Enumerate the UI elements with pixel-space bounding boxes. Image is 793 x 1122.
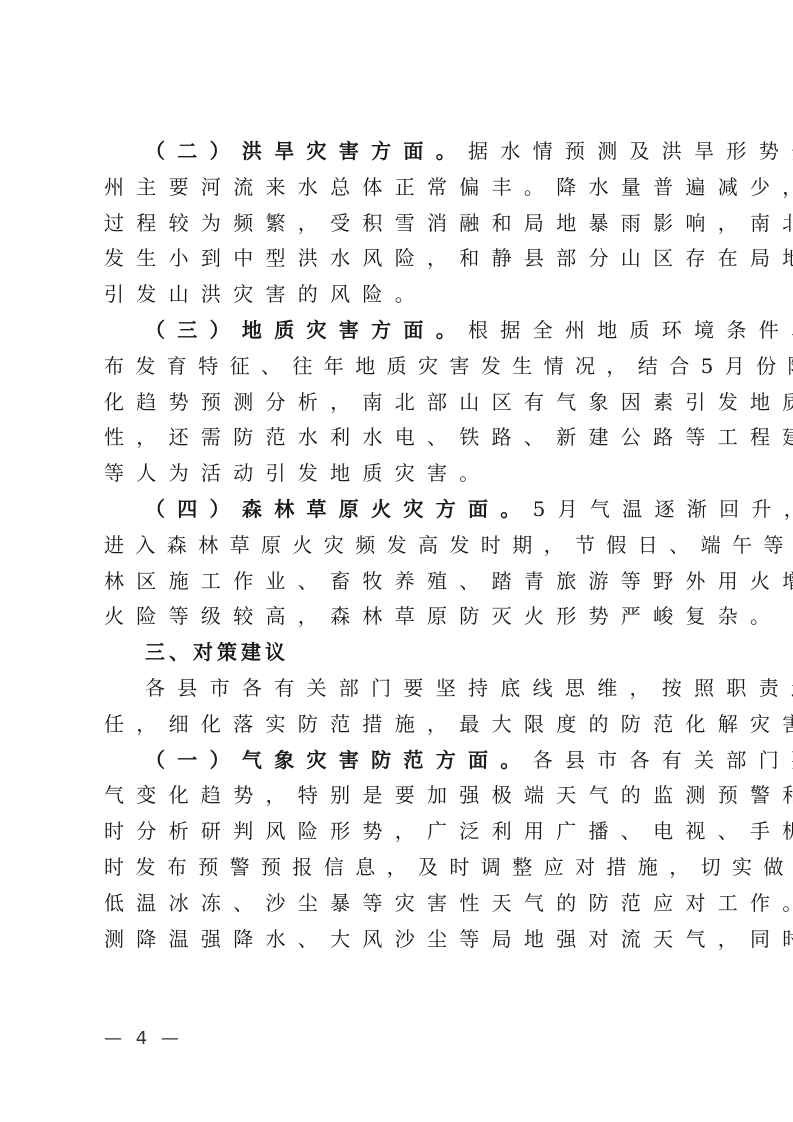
paragraph-forest-fire-line-1: （四）森林草原火灾方面。5月气温逐渐回升，天高物燥， — [104, 492, 692, 528]
paragraph-flood-drought-line-1: （二）洪旱灾害方面。据水情预测及洪旱形势分析，预计巴 — [104, 134, 692, 170]
document-page: （二）洪旱灾害方面。据水情预测及洪旱形势分析，预计巴 州主要河流来水总体正常偏丰… — [104, 134, 692, 957]
paragraph-line: 时发布预警预报信息，及时调整应对措施，切实做好大风、雨雪、 — [104, 850, 692, 886]
paragraph-line: 时分析研判风险形势，广泛利用广播、电视、手机等多种方式及 — [104, 814, 692, 850]
paragraph-line: 测降温强降水、大风沙尘等局地强对流天气，同时注意防范局地 — [104, 922, 692, 958]
section-heading: 三、对策建议 — [104, 635, 692, 671]
paragraph-line: 性，还需防范水利水电、铁路、新建公路等工程建设和矿山开采 — [104, 420, 692, 456]
paragraph-geological-line-1: （三）地质灾害方面。根据全州地质环境条件、地质灾害分 — [104, 313, 692, 349]
paragraph-line: 发生小到中型洪水风险，和静县部分山区存在局地暴雨叠加融雪 — [104, 241, 692, 277]
paragraph-line: 火险等级较高，森林草原防灭火形势严峻复杂。 — [104, 599, 692, 635]
paragraph-lead: （一）气象灾害防范方面。 — [145, 748, 533, 772]
intro-line: 各县市各有关部门要坚持底线思维，按照职责进一步夯实责 — [104, 671, 692, 707]
paragraph-line: 化趋势预测分析，南北部山区有气象因素引发地质灾害的可能 — [104, 385, 692, 421]
paragraph-line: 等人为活动引发地质灾害。 — [104, 456, 692, 492]
paragraph-line: 过程较为频繁，受积雪消融和局地暴雨影响，南北部山区河沟有 — [104, 206, 692, 242]
paragraph-line: 引发山洪灾害的风险。 — [104, 277, 692, 313]
paragraph-lead: （三）地质灾害方面。 — [145, 318, 468, 342]
paragraph-line: 低温冰冻、沙尘暴等灾害性天气的防范应对工作。5月要密切监 — [104, 886, 692, 922]
paragraph-line: 布发育特征、往年地质灾害发生情况，结合5月份降水、气温变 — [104, 349, 692, 385]
paragraph-line: 州主要河流来水总体正常偏丰。降水量普遍减少，中弱降温天气 — [104, 170, 692, 206]
intro-line: 任，细化落实防范措施，最大限度的防范化解灾害风险。 — [104, 707, 692, 743]
paragraph-line: 进入森林草原火灾频发高发时期，节假日、端午等防火重点时段， — [104, 528, 692, 564]
paragraph-line: 气变化趋势，特别是要加强极端天气的监测预警和会商研判，及 — [104, 778, 692, 814]
paragraph-line: 林区施工作业、畜牧养殖、踏青旅游等野外用火增多，森林草原 — [104, 564, 692, 600]
measure-meteorological-line-1: （一）气象灾害防范方面。各县市各有关部门要密切关注天 — [104, 743, 692, 779]
page-number: — 4 — — [104, 1028, 183, 1049]
paragraph-lead: （二）洪旱灾害方面。 — [145, 139, 468, 163]
paragraph-lead: （四）森林草原火灾方面。 — [145, 497, 533, 521]
